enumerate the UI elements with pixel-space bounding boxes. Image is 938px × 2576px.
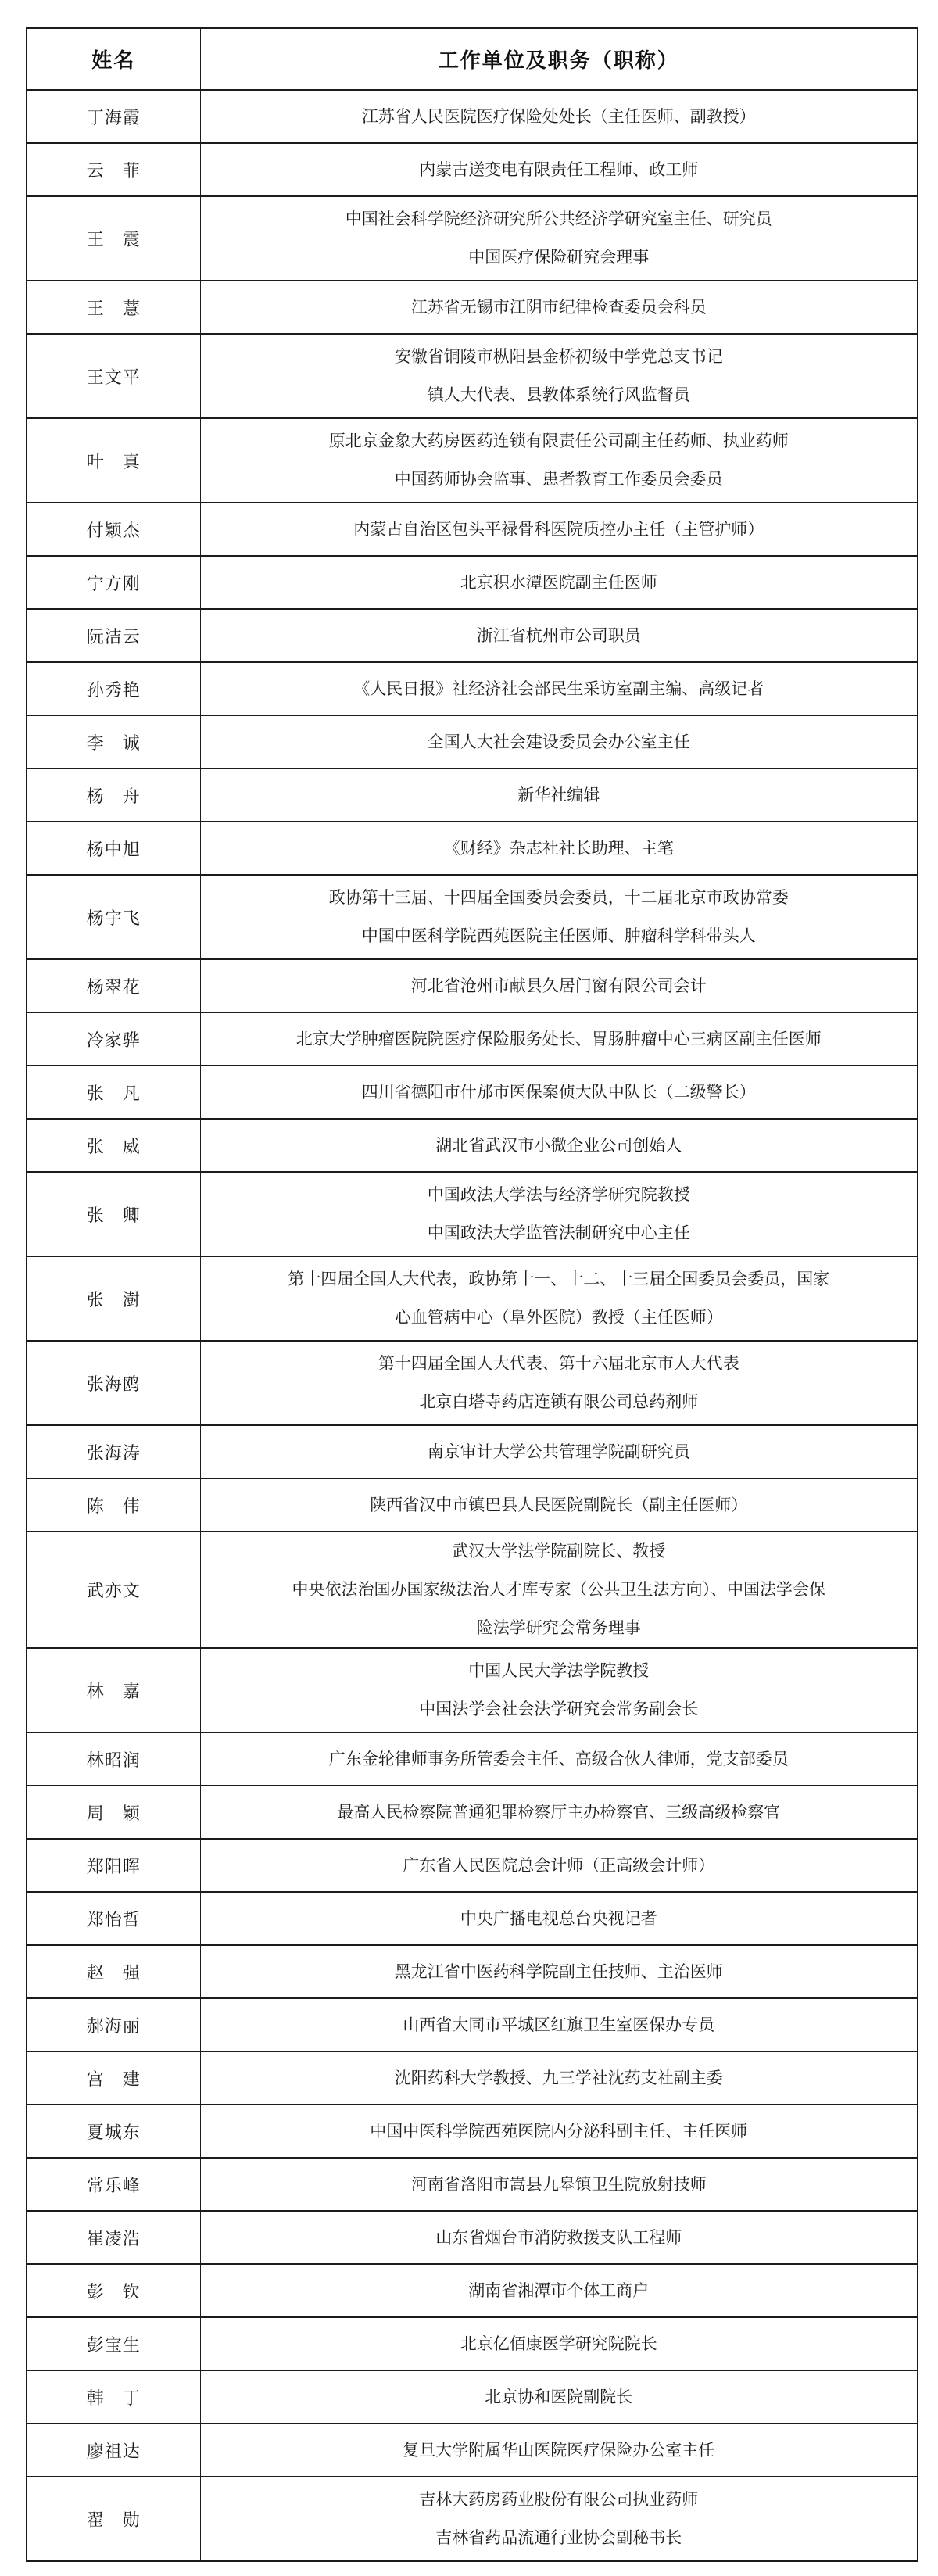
person-name: 廖祖达 [27,2424,200,2477]
position-line: 湖北省武汉市小微企业公司创始人 [201,1127,918,1165]
table-row: 崔凌浩 山东省烟台市消防救援支队工程师 [27,2211,918,2264]
table-row: 张 凡 四川省德阳市什邡市医保案侦大队中队长（二级警长） [27,1066,918,1119]
table-row: 宁方刚 北京积水潭医院副主任医师 [27,556,918,609]
table-row: 廖祖达 复旦大学附属华山医院医疗保险办公室主任 [27,2424,918,2477]
table-row: 翟 勋 吉林大药房药业股份有限公司执业药师吉林省药品流通行业协会副秘书长 [27,2477,918,2561]
position-line: 湖南省湘潭市个体工商户 [201,2272,918,2310]
person-name: 郝海丽 [27,1998,200,2051]
table-row: 武亦文 武汉大学法学院副院长、教授中央依法治国办国家级法治人才库专家（公共卫生法… [27,1532,918,1648]
table-row: 王 震 中国社会科学院经济研究所公共经济学研究室主任、研究员中国医疗保险研究会理… [27,196,918,281]
person-position: 中国社会科学院经济研究所公共经济学研究室主任、研究员中国医疗保险研究会理事 [200,196,918,281]
person-name: 夏城东 [27,2105,200,2158]
person-name: 武亦文 [27,1532,200,1648]
position-line: 吉林省药品流通行业协会副秘书长 [201,2519,918,2557]
person-position: 全国人大社会建设委员会办公室主任 [200,715,918,769]
person-position: 江苏省人民医院医疗保险处处长（主任医师、副教授） [200,90,918,143]
person-name: 崔凌浩 [27,2211,200,2264]
person-position: 山东省烟台市消防救援支队工程师 [200,2211,918,2264]
person-name: 孙秀艳 [27,662,200,715]
position-line: 《人民日报》社经济社会部民生采访室副主编、高级记者 [201,670,918,708]
person-name: 林 嘉 [27,1648,200,1732]
person-position: 吉林大药房药业股份有限公司执业药师吉林省药品流通行业协会副秘书长 [200,2477,918,2561]
person-position: 安徽省铜陵市枞阳县金桥初级中学党总支书记镇人大代表、县教体系统行风监督员 [200,334,918,418]
person-position: 第十四届全国人大代表，政协第十一、十二、十三届全国委员会委员，国家心血管病中心（… [200,1256,918,1341]
person-position: 沈阳药科大学教授、九三学社沈药支社副主委 [200,2051,918,2105]
roster-table: 姓名 工作单位及职务（职称） 丁海霞 江苏省人民医院医疗保险处处长（主任医师、副… [26,27,918,2562]
person-position: 湖南省湘潭市个体工商户 [200,2264,918,2317]
position-line: 复旦大学附属华山医院医疗保险办公室主任 [201,2431,918,2470]
header-row: 姓名 工作单位及职务（职称） [27,28,918,90]
table-row: 王文平 安徽省铜陵市枞阳县金桥初级中学党总支书记镇人大代表、县教体系统行风监督员 [27,334,918,418]
person-name: 王 震 [27,196,200,281]
table-row: 云 菲 内蒙古送变电有限责任工程师、政工师 [27,143,918,196]
person-position: 河北省沧州市献县久居门窗有限公司会计 [200,959,918,1012]
person-name: 张海鸥 [27,1341,200,1425]
person-position: 政协第十三届、十四届全国委员会委员，十二届北京市政协常委中国中医科学院西苑医院主… [200,875,918,959]
person-position: 广东省人民医院总会计师（正高级会计师） [200,1839,918,1892]
position-line: 武汉大学法学院副院长、教授 [201,1532,918,1571]
table-row: 张海涛 南京审计大学公共管理学院副研究员 [27,1425,918,1478]
table-row: 杨中旭 《财经》杂志社社长助理、主笔 [27,822,918,875]
person-name: 冷家骅 [27,1012,200,1066]
position-line: 内蒙古送变电有限责任工程师、政工师 [201,151,918,189]
position-line: 吉林大药房药业股份有限公司执业药师 [201,2481,918,2519]
position-line: 政协第十三届、十四届全国委员会委员，十二届北京市政协常委 [201,879,918,917]
person-position: 黑龙江省中医药科学院副主任技师、主治医师 [200,1945,918,1998]
person-position: 复旦大学附属华山医院医疗保险办公室主任 [200,2424,918,2477]
person-name: 郑阳晖 [27,1839,200,1892]
table-row: 阮洁云 浙江省杭州市公司职员 [27,609,918,662]
position-line: 新华社编辑 [201,776,918,815]
person-position: 四川省德阳市什邡市医保案侦大队中队长（二级警长） [200,1066,918,1119]
person-position: 浙江省杭州市公司职员 [200,609,918,662]
position-line: 北京亿佰康医学研究院院长 [201,2325,918,2363]
person-name: 宁方刚 [27,556,200,609]
person-position: 中国政法大学法与经济学研究院教授中国政法大学监管法制研究中心主任 [200,1172,918,1256]
person-position: 中国人民大学法学院教授中国法学会社会法学研究会常务副会长 [200,1648,918,1732]
position-line: 中国社会科学院经济研究所公共经济学研究室主任、研究员 [201,200,918,238]
table-row: 李 诚 全国人大社会建设委员会办公室主任 [27,715,918,769]
person-name: 王文平 [27,334,200,418]
person-name: 王 薏 [27,281,200,334]
table-row: 杨翠花 河北省沧州市献县久居门窗有限公司会计 [27,959,918,1012]
position-line: 沈阳药科大学教授、九三学社沈药支社副主委 [201,2059,918,2098]
person-name: 郑怡哲 [27,1892,200,1945]
person-name: 张 澍 [27,1256,200,1341]
position-line: 心血管病中心（阜外医院）教授（主任医师） [201,1299,918,1337]
person-position: 中央广播电视总台央视记者 [200,1892,918,1945]
person-name: 叶 真 [27,418,200,503]
position-line: 第十四届全国人大代表、第十六届北京市人大代表 [201,1345,918,1383]
person-name: 张海涛 [27,1425,200,1478]
position-line: 广东省人民医院总会计师（正高级会计师） [201,1847,918,1885]
person-name: 陈 伟 [27,1478,200,1532]
table-row: 彭 钦 湖南省湘潭市个体工商户 [27,2264,918,2317]
table-row: 常乐峰 河南省洛阳市嵩县九皋镇卫生院放射技师 [27,2158,918,2211]
roster-body: 丁海霞 江苏省人民医院医疗保险处处长（主任医师、副教授） 云 菲 内蒙古送变电有… [27,90,918,2561]
position-line: 北京协和医院副院长 [201,2378,918,2417]
position-line: 中国法学会社会法学研究会常务副会长 [201,1690,918,1729]
position-line: 内蒙古自治区包头平禄骨科医院质控办主任（主管护师） [201,511,918,549]
position-line: 全国人大社会建设委员会办公室主任 [201,723,918,761]
person-position: 《财经》杂志社社长助理、主笔 [200,822,918,875]
table-row: 张 卿 中国政法大学法与经济学研究院教授中国政法大学监管法制研究中心主任 [27,1172,918,1256]
position-line: 陕西省汉中市镇巴县人民医院副院长（副主任医师） [201,1486,918,1524]
person-position: 广东金轮律师事务所管委会主任、高级合伙人律师，党支部委员 [200,1732,918,1786]
person-position: 北京协和医院副院长 [200,2370,918,2424]
position-line: 中国人民大学法学院教授 [201,1652,918,1690]
person-name: 翟 勋 [27,2477,200,2561]
person-position: 北京亿佰康医学研究院院长 [200,2317,918,2370]
position-line: 北京积水潭医院副主任医师 [201,564,918,602]
person-position: 湖北省武汉市小微企业公司创始人 [200,1119,918,1172]
person-name: 付颖杰 [27,503,200,556]
person-position: 河南省洛阳市嵩县九皋镇卫生院放射技师 [200,2158,918,2211]
person-name: 云 菲 [27,143,200,196]
person-name: 张 凡 [27,1066,200,1119]
table-row: 张 澍 第十四届全国人大代表，政协第十一、十二、十三届全国委员会委员，国家心血管… [27,1256,918,1341]
roster-header: 姓名 工作单位及职务（职称） [27,28,918,90]
position-line: 四川省德阳市什邡市医保案侦大队中队长（二级警长） [201,1073,918,1112]
position-line: 镇人大代表、县教体系统行风监督员 [201,376,918,414]
table-row: 韩 丁 北京协和医院副院长 [27,2370,918,2424]
position-line: 北京大学肿瘤医院院医疗保险服务处长、胃肠肿瘤中心三病区副主任医师 [201,1020,918,1059]
table-row: 林 嘉 中国人民大学法学院教授中国法学会社会法学研究会常务副会长 [27,1648,918,1732]
person-name: 张 卿 [27,1172,200,1256]
position-line: 中国医疗保险研究会理事 [201,238,918,277]
table-row: 杨宇飞 政协第十三届、十四届全国委员会委员，十二届北京市政协常委中国中医科学院西… [27,875,918,959]
person-name: 彭宝生 [27,2317,200,2370]
table-row: 丁海霞 江苏省人民医院医疗保险处处长（主任医师、副教授） [27,90,918,143]
position-line: 江苏省无锡市江阴市纪律检查委员会科员 [201,288,918,327]
person-name: 杨翠花 [27,959,200,1012]
position-line: 中国政法大学法与经济学研究院教授 [201,1176,918,1214]
table-row: 郝海丽 山西省大同市平城区红旗卫生室医保办专员 [27,1998,918,2051]
position-line: 中国政法大学监管法制研究中心主任 [201,1214,918,1252]
table-row: 夏城东 中国中医科学院西苑医院内分泌科副主任、主任医师 [27,2105,918,2158]
position-line: 安徽省铜陵市枞阳县金桥初级中学党总支书记 [201,338,918,376]
table-row: 宫 建 沈阳药科大学教授、九三学社沈药支社副主委 [27,2051,918,2105]
person-name: 常乐峰 [27,2158,200,2211]
person-name: 赵 强 [27,1945,200,1998]
position-line: 河南省洛阳市嵩县九皋镇卫生院放射技师 [201,2166,918,2204]
header-cell-name: 姓名 [27,28,200,90]
person-position: 内蒙古自治区包头平禄骨科医院质控办主任（主管护师） [200,503,918,556]
table-row: 赵 强 黑龙江省中医药科学院副主任技师、主治医师 [27,1945,918,1998]
position-line: 江苏省人民医院医疗保险处处长（主任医师、副教授） [201,98,918,136]
position-line: 原北京金象大药房医药连锁有限责任公司副主任药师、执业药师 [201,422,918,460]
table-row: 冷家骅 北京大学肿瘤医院院医疗保险服务处长、胃肠肿瘤中心三病区副主任医师 [27,1012,918,1066]
table-row: 陈 伟 陕西省汉中市镇巴县人民医院副院长（副主任医师） [27,1478,918,1532]
person-name: 李 诚 [27,715,200,769]
person-position: 武汉大学法学院副院长、教授中央依法治国办国家级法治人才库专家（公共卫生法方向）、… [200,1532,918,1648]
header-cell-position: 工作单位及职务（职称） [200,28,918,90]
position-line: 中国中医科学院西苑医院主任医师、肿瘤科学科带头人 [201,917,918,955]
position-line: 中央广播电视总台央视记者 [201,1900,918,1938]
person-position: 内蒙古送变电有限责任工程师、政工师 [200,143,918,196]
person-name: 宫 建 [27,2051,200,2105]
person-name: 丁海霞 [27,90,200,143]
table-row: 郑怡哲 中央广播电视总台央视记者 [27,1892,918,1945]
person-position: 江苏省无锡市江阴市纪律检查委员会科员 [200,281,918,334]
person-name: 韩 丁 [27,2370,200,2424]
table-row: 杨 舟 新华社编辑 [27,769,918,822]
position-line: 第十四届全国人大代表，政协第十一、十二、十三届全国委员会委员，国家 [201,1260,918,1299]
document-page: 姓名 工作单位及职务（职称） 丁海霞 江苏省人民医院医疗保险处处长（主任医师、副… [0,0,938,2576]
position-line: 黑龙江省中医药科学院副主任技师、主治医师 [201,1953,918,1991]
person-position: 第十四届全国人大代表、第十六届北京市人大代表北京白塔寺药店连锁有限公司总药剂师 [200,1341,918,1425]
position-line: 《财经》杂志社社长助理、主笔 [201,829,918,868]
person-name: 杨宇飞 [27,875,200,959]
table-row: 周 颖 最高人民检察院普通犯罪检察厅主办检察官、三级高级检察官 [27,1786,918,1839]
position-line: 浙江省杭州市公司职员 [201,617,918,655]
position-line: 险法学研究会常务理事 [201,1609,918,1647]
position-line: 中国中医科学院西苑医院内分泌科副主任、主任医师 [201,2112,918,2151]
position-line: 中国药师协会监事、患者教育工作委员会委员 [201,460,918,499]
position-line: 中央依法治国办国家级法治人才库专家（公共卫生法方向）、中国法学会保 [201,1571,918,1609]
position-line: 山西省大同市平城区红旗卫生室医保办专员 [201,2006,918,2044]
position-line: 南京审计大学公共管理学院副研究员 [201,1433,918,1471]
position-line: 河北省沧州市献县久居门窗有限公司会计 [201,967,918,1005]
position-line: 最高人民检察院普通犯罪检察厅主办检察官、三级高级检察官 [201,1793,918,1832]
person-name: 杨 舟 [27,769,200,822]
person-name: 周 颖 [27,1786,200,1839]
person-name: 张 威 [27,1119,200,1172]
table-row: 叶 真 原北京金象大药房医药连锁有限责任公司副主任药师、执业药师中国药师协会监事… [27,418,918,503]
table-row: 彭宝生 北京亿佰康医学研究院院长 [27,2317,918,2370]
table-row: 王 薏 江苏省无锡市江阴市纪律检查委员会科员 [27,281,918,334]
position-line: 山东省烟台市消防救援支队工程师 [201,2219,918,2257]
table-row: 张海鸥 第十四届全国人大代表、第十六届北京市人大代表北京白塔寺药店连锁有限公司总… [27,1341,918,1425]
person-name: 彭 钦 [27,2264,200,2317]
person-position: 最高人民检察院普通犯罪检察厅主办检察官、三级高级检察官 [200,1786,918,1839]
position-line: 北京白塔寺药店连锁有限公司总药剂师 [201,1383,918,1421]
person-position: 北京积水潭医院副主任医师 [200,556,918,609]
table-row: 张 威 湖北省武汉市小微企业公司创始人 [27,1119,918,1172]
person-position: 《人民日报》社经济社会部民生采访室副主编、高级记者 [200,662,918,715]
person-position: 山西省大同市平城区红旗卫生室医保办专员 [200,1998,918,2051]
person-position: 北京大学肿瘤医院院医疗保险服务处长、胃肠肿瘤中心三病区副主任医师 [200,1012,918,1066]
person-position: 新华社编辑 [200,769,918,822]
person-name: 林昭润 [27,1732,200,1786]
position-line: 广东金轮律师事务所管委会主任、高级合伙人律师，党支部委员 [201,1740,918,1779]
person-position: 南京审计大学公共管理学院副研究员 [200,1425,918,1478]
person-position: 中国中医科学院西苑医院内分泌科副主任、主任医师 [200,2105,918,2158]
table-row: 林昭润 广东金轮律师事务所管委会主任、高级合伙人律师，党支部委员 [27,1732,918,1786]
table-row: 郑阳晖 广东省人民医院总会计师（正高级会计师） [27,1839,918,1892]
table-row: 孙秀艳 《人民日报》社经济社会部民生采访室副主编、高级记者 [27,662,918,715]
person-position: 陕西省汉中市镇巴县人民医院副院长（副主任医师） [200,1478,918,1532]
person-name: 阮洁云 [27,609,200,662]
person-position: 原北京金象大药房医药连锁有限责任公司副主任药师、执业药师中国药师协会监事、患者教… [200,418,918,503]
person-name: 杨中旭 [27,822,200,875]
table-row: 付颖杰 内蒙古自治区包头平禄骨科医院质控办主任（主管护师） [27,503,918,556]
